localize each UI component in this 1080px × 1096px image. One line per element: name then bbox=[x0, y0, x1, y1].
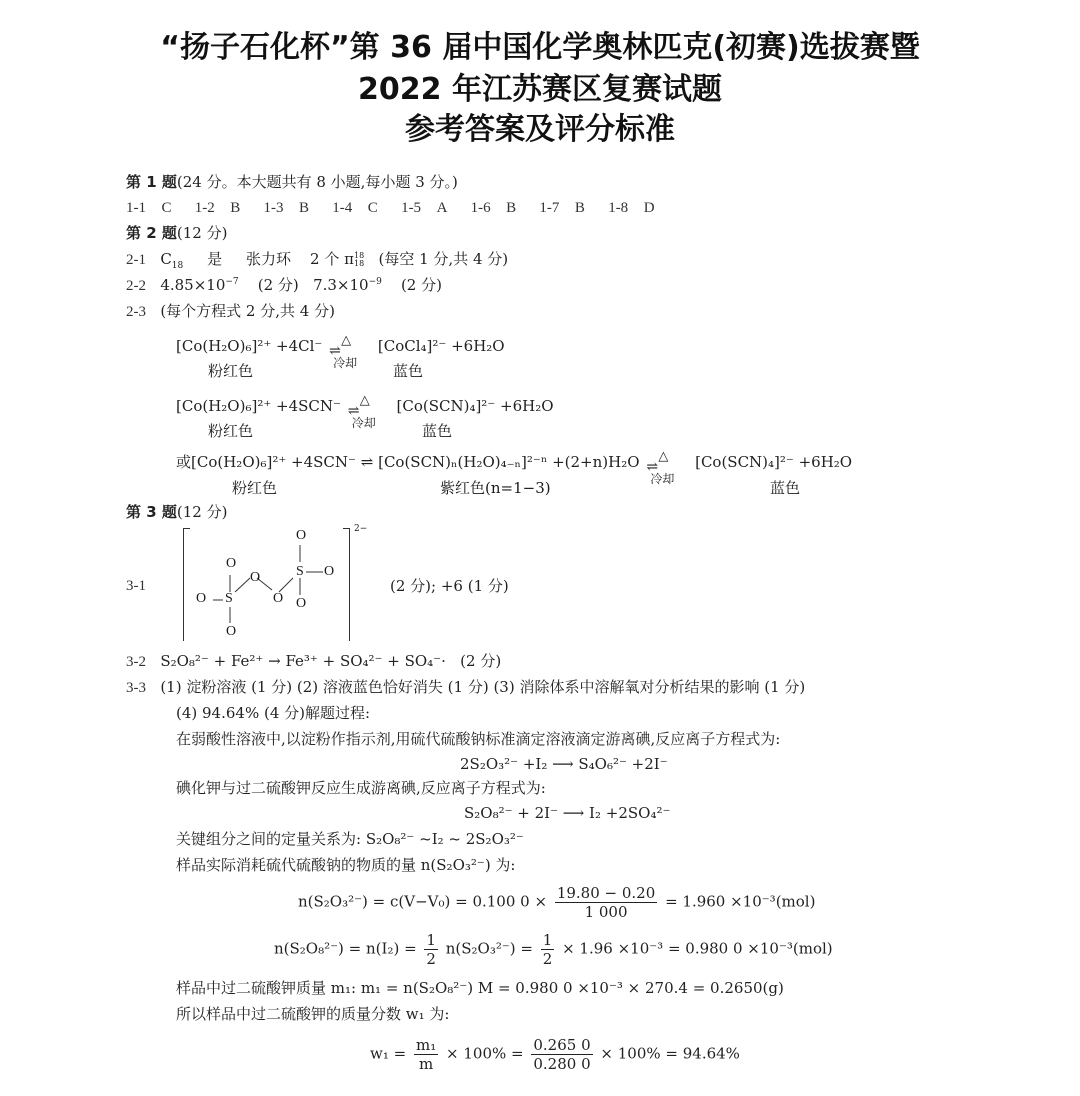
equation: S₂O₈²⁻ + Fe²⁺ → Fe³⁺ + SO₄²⁻ + SO₄⁻· bbox=[160, 652, 446, 670]
color-label: 蓝色 bbox=[422, 420, 452, 441]
value-2-exponent: −9 bbox=[369, 277, 382, 287]
oxygen-atom: O bbox=[296, 596, 306, 612]
fraction: 12 bbox=[424, 931, 438, 968]
equation-middle: [Co(SCN)ₙ(H₂O)₄₋ₙ]²⁻ⁿ +(2+n)H₂O bbox=[378, 453, 639, 471]
color-label: 粉红色 bbox=[232, 477, 277, 498]
item-id: 2-2 bbox=[126, 278, 146, 294]
q1-answers: 1-1 C 1-2 B 1-3 B 1-4 C 1-5 A 1-6 B 1-7 … bbox=[126, 198, 655, 218]
item-id: 3-1 bbox=[126, 576, 146, 596]
oxygen-atom: O bbox=[324, 564, 334, 580]
equation-2: [Co(H₂O)₆]²⁺ +4SCN⁻ △⇌冷却 [Co(SCN)₄]²⁻ +6… bbox=[176, 396, 554, 417]
item-id: 3-2 bbox=[126, 654, 146, 670]
calc-3: w₁ = m₁m × 100% = 0.265 00.280 0 × 100% … bbox=[370, 1036, 740, 1073]
equilibrium-arrow-icon: ⇌ bbox=[361, 453, 374, 471]
heat-symbol: △ bbox=[658, 447, 668, 467]
numerator: 0.265 0 bbox=[531, 1036, 592, 1055]
q2-2-row: 2-2 4.85×10−7 (2 分) 7.3×10−9 (2 分) bbox=[126, 275, 442, 296]
score-note: (每空 1 分,共 4 分) bbox=[379, 250, 509, 268]
answer-3: 张力环 bbox=[246, 250, 291, 268]
numerator: 1 bbox=[424, 931, 438, 950]
cool-label: 冷却 bbox=[333, 353, 357, 373]
title-line-1: “扬子石化杯”第 36 届中国化学奥林匹克(初赛)选拔赛暨 bbox=[0, 22, 1080, 66]
oxygen-atom: O bbox=[273, 591, 283, 607]
score-1: (2 分) bbox=[258, 276, 299, 294]
solution-paragraph: 样品实际消耗硫代硫酸钠的物质的量 n(S₂O₃²⁻) 为: bbox=[176, 855, 516, 875]
value-2: 7.3×10 bbox=[313, 276, 369, 294]
numerator: 19.80 − 0.20 bbox=[555, 884, 657, 903]
denominator: 2 bbox=[541, 950, 555, 968]
fraction: m₁m bbox=[414, 1036, 438, 1073]
pi-subscript: 18 bbox=[354, 260, 364, 268]
equation-left: [Co(H₂O)₆]²⁺ +4SCN⁻ bbox=[176, 397, 341, 415]
item-id: 2-3 bbox=[126, 304, 146, 320]
denominator: 2 bbox=[424, 950, 438, 968]
title-line-3: 参考答案及评分标准 bbox=[0, 104, 1080, 148]
answer-1: C bbox=[160, 250, 171, 268]
q1-heading: 第 1 题 bbox=[126, 173, 177, 191]
denominator: 1 000 bbox=[555, 903, 657, 921]
reversible-arrow-icon: △⇌冷却 bbox=[644, 453, 690, 473]
answer-id: 1-3 bbox=[264, 200, 284, 216]
numerator: m₁ bbox=[414, 1036, 438, 1055]
cool-label: 冷却 bbox=[650, 469, 674, 489]
q1-note: (24 分。本大题共有 8 小题,每小题 3 分。) bbox=[177, 173, 458, 191]
equation-prefix: 或 bbox=[176, 453, 191, 471]
score-note: (每个方程式 2 分,共 4 分) bbox=[160, 302, 335, 320]
denominator: 0.280 0 bbox=[531, 1055, 592, 1073]
equation-1: [Co(H₂O)₆]²⁺ +4Cl⁻ △⇌冷却 [CoCl₄]²⁻ +6H₂O bbox=[176, 336, 505, 357]
equation: S₂O₈²⁻ + 2I⁻ ⟶ I₂ +2SO₄²⁻ bbox=[464, 803, 670, 823]
equation-3: 或[Co(H₂O)₆]²⁺ +4SCN⁻ ⇌ [Co(SCN)ₙ(H₂O)₄₋ₙ… bbox=[176, 452, 852, 473]
q3-heading: 第 3 题 bbox=[126, 503, 177, 521]
oxygen-atom: O bbox=[250, 570, 260, 586]
calc-lhs: n(S₂O₈²⁻) = n(I₂) = bbox=[274, 940, 417, 958]
color-label: 粉红色 bbox=[208, 420, 253, 441]
item-id: 2-1 bbox=[126, 252, 146, 268]
calc-mid: n(S₂O₃²⁻) = bbox=[446, 940, 533, 958]
solution-paragraph: 样品中过二硫酸钾质量 m₁: m₁ = n(S₂O₈²⁻) M = 0.980 … bbox=[176, 978, 784, 998]
answer-value: B bbox=[230, 200, 240, 216]
color-label: 蓝色 bbox=[393, 360, 423, 381]
reversible-arrow-icon: △⇌冷却 bbox=[346, 397, 392, 417]
reversible-arrow-icon: △⇌冷却 bbox=[327, 337, 373, 357]
equation-left: [Co(H₂O)₆]²⁺ +4Cl⁻ bbox=[176, 337, 322, 355]
equation-left: [Co(H₂O)₆]²⁺ +4SCN⁻ bbox=[191, 453, 356, 471]
answer-1-sub: 18 bbox=[172, 261, 183, 271]
calc-1: n(S₂O₃²⁻) = c(V−V₀) = 0.100 0 × 19.80 − … bbox=[298, 884, 815, 921]
score-note: (2 分) bbox=[460, 652, 501, 670]
answer-value: C bbox=[162, 200, 172, 216]
sulfur-atom: S bbox=[296, 564, 304, 580]
q1-heading-row: 第 1 题(24 分。本大题共有 8 小题,每小题 3 分。) bbox=[126, 172, 458, 192]
answer-value: D bbox=[644, 200, 655, 216]
answer-2: 是 bbox=[207, 250, 222, 268]
color-label: 蓝色 bbox=[770, 477, 800, 498]
denominator: m bbox=[414, 1055, 438, 1073]
calc-mid: × 100% = bbox=[446, 1045, 524, 1063]
calc-rhs: × 100% = 94.64% bbox=[600, 1045, 740, 1063]
oxygen-atom: O bbox=[196, 591, 206, 607]
equation-right: [Co(SCN)₄]²⁻ +6H₂O bbox=[397, 397, 554, 415]
q2-heading: 第 2 题 bbox=[126, 224, 177, 242]
answer-id: 1-6 bbox=[471, 200, 491, 216]
q3-2-row: 3-2 S₂O₈²⁻ + Fe²⁺ → Fe³⁺ + SO₄²⁻ + SO₄⁻·… bbox=[126, 651, 501, 672]
q2-1-row: 2-1 C18 是 张力环 2 个 π1818 (每空 1 分,共 4 分) bbox=[126, 249, 508, 270]
value-1: 4.85×10 bbox=[160, 276, 225, 294]
title-line-2: 2022 年江苏赛区复赛试题 bbox=[0, 64, 1080, 108]
calc-lhs: w₁ = bbox=[370, 1045, 406, 1063]
equation-right: [Co(SCN)₄]²⁻ +6H₂O bbox=[695, 453, 852, 471]
color-label: 粉红色 bbox=[208, 360, 253, 381]
answer-value: A bbox=[437, 200, 448, 216]
answer-value: B bbox=[575, 200, 585, 216]
answer-value: B bbox=[299, 200, 309, 216]
cool-label: 冷却 bbox=[352, 413, 376, 433]
q2-note: (12 分) bbox=[177, 224, 228, 242]
score-2: (2 分) bbox=[401, 276, 442, 294]
fraction: 19.80 − 0.201 000 bbox=[555, 884, 657, 921]
value-1-exponent: −7 bbox=[225, 277, 238, 287]
item-id: 3-3 bbox=[126, 680, 146, 696]
oxygen-atom: O bbox=[226, 624, 236, 640]
oxygen-atom: O bbox=[226, 556, 236, 572]
heat-symbol: △ bbox=[360, 391, 370, 411]
sulfur-atom: S bbox=[225, 591, 233, 607]
calc-2: n(S₂O₈²⁻) = n(I₂) = 12 n(S₂O₃²⁻) = 12 × … bbox=[274, 931, 833, 968]
calc-rhs: = 1.960 ×10⁻³(mol) bbox=[665, 893, 815, 911]
answer-id: 1-5 bbox=[401, 200, 421, 216]
answer-id: 1-4 bbox=[332, 200, 352, 216]
q2-heading-row: 第 2 题(12 分) bbox=[126, 223, 227, 243]
fraction: 0.265 00.280 0 bbox=[531, 1036, 592, 1073]
solution-paragraph: 在弱酸性溶液中,以淀粉作指示剂,用硫代硫酸钠标准滴定溶液滴定游离碘,反应离子方程… bbox=[176, 729, 780, 749]
answer-value: C bbox=[368, 200, 378, 216]
answer-id: 1-1 bbox=[126, 200, 146, 216]
solution-paragraph: 关键组分之间的定量关系为: S₂O₈²⁻ ~I₂ ~ 2S₂O₃²⁻ bbox=[176, 829, 524, 849]
oxygen-atom: O bbox=[296, 528, 306, 544]
calc-rhs: × 1.96 ×10⁻³ = 0.980 0 ×10⁻³(mol) bbox=[562, 940, 833, 958]
q2-3-row: 2-3 (每个方程式 2 分,共 4 分) bbox=[126, 301, 335, 322]
solution-paragraph: 碘化钾与过二硫酸钾反应生成游离碘,反应离子方程式为: bbox=[176, 778, 546, 798]
heat-symbol: △ bbox=[341, 331, 351, 351]
answer-id: 1-2 bbox=[195, 200, 215, 216]
solution-paragraph: 所以样品中过二硫酸钾的质量分数 w₁ 为: bbox=[176, 1004, 449, 1024]
calc-lhs: n(S₂O₃²⁻) = c(V−V₀) = 0.100 0 × bbox=[298, 893, 547, 911]
color-label: 紫红色(n=1−3) bbox=[440, 477, 551, 498]
answer-line: (4) 94.64% (4 分)解题过程: bbox=[176, 703, 370, 723]
answer-id: 1-7 bbox=[539, 200, 559, 216]
answer-line: (1) 淀粉溶液 (1 分) (2) 溶液蓝色恰好消失 (1 分) (3) 消除… bbox=[160, 678, 805, 696]
fraction: 12 bbox=[541, 931, 555, 968]
answer-value: B bbox=[506, 200, 516, 216]
equation: 2S₂O₃²⁻ +I₂ ⟶ S₄O₆²⁻ +2I⁻ bbox=[460, 754, 668, 774]
score-note: (2 分); +6 (1 分) bbox=[390, 576, 509, 596]
answer-4: 2 个 π bbox=[310, 250, 354, 268]
equation-right: [CoCl₄]²⁻ +6H₂O bbox=[378, 337, 505, 355]
answer-id: 1-8 bbox=[608, 200, 628, 216]
numerator: 1 bbox=[541, 931, 555, 950]
peroxydisulfate-structure bbox=[175, 510, 375, 645]
q3-3-row: 3-3 (1) 淀粉溶液 (1 分) (2) 溶液蓝色恰好消失 (1 分) (3… bbox=[126, 677, 805, 698]
